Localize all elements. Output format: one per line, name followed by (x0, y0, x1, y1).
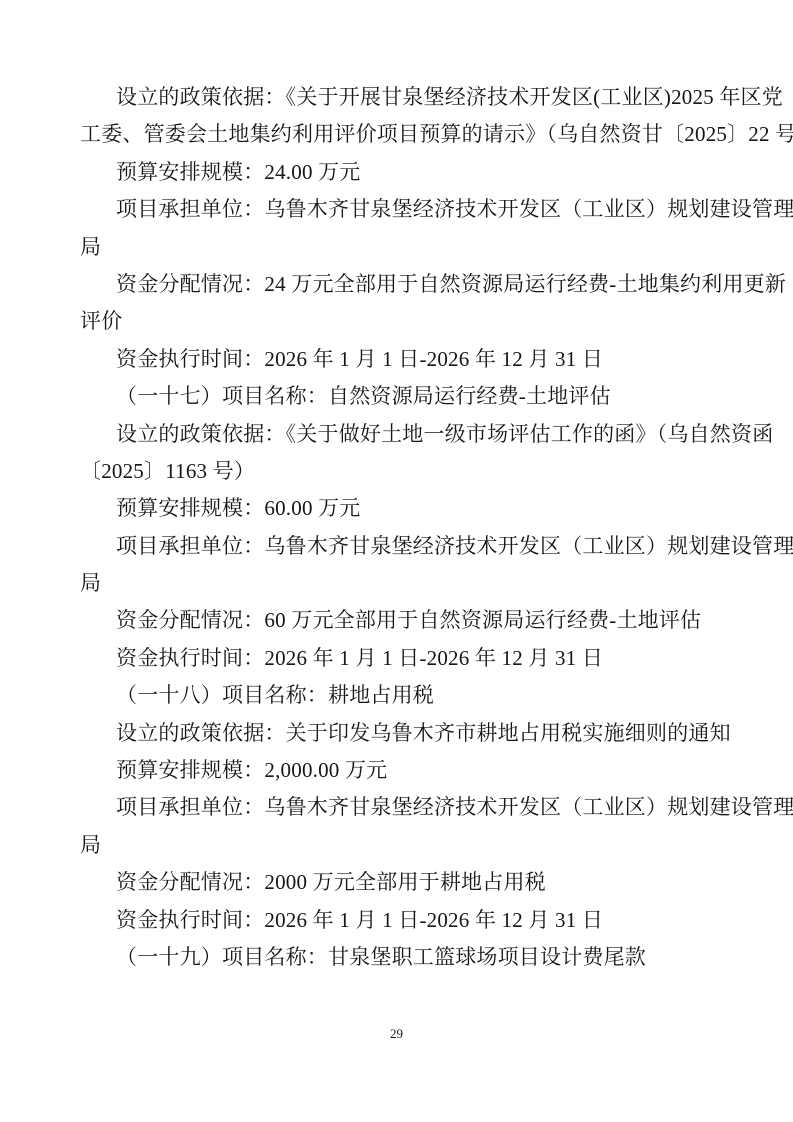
text-line: 项目承担单位：乌鲁木齐甘泉堡经济技术开发区（工业区）规划建设管理 (80, 191, 716, 228)
text-line: 资金分配情况：60 万元全部用于自然资源局运行经费-土地评估 (80, 602, 716, 639)
page-footer: 29 (0, 1026, 793, 1042)
document-body: 设立的政策依据：《关于开展甘泉堡经济技术开发区(工业区)2025 年区党工委、管… (80, 79, 716, 976)
text-line: 评价 (80, 303, 716, 340)
text-line: 资金执行时间：2026 年 1 月 1 日-2026 年 12 月 31 日 (80, 902, 716, 939)
text-line: （一十八）项目名称：耕地占用税 (80, 677, 716, 714)
page-number: 29 (390, 1026, 403, 1041)
text-line: 设立的政策依据：《关于做好土地一级市场评估工作的函》（乌自然资函 (80, 416, 716, 453)
text-line: 设立的政策依据：关于印发乌鲁木齐市耕地占用税实施细则的通知 (80, 715, 716, 752)
document-page: 设立的政策依据：《关于开展甘泉堡经济技术开发区(工业区)2025 年区党工委、管… (0, 0, 793, 1122)
text-line: 资金执行时间：2026 年 1 月 1 日-2026 年 12 月 31 日 (80, 640, 716, 677)
text-line: 项目承担单位：乌鲁木齐甘泉堡经济技术开发区（工业区）规划建设管理 (80, 789, 716, 826)
text-line: 工委、管委会土地集约利用评价项目预算的请示》（乌自然资甘〔2025〕22 号） (80, 116, 716, 153)
text-line: 项目承担单位：乌鲁木齐甘泉堡经济技术开发区（工业区）规划建设管理 (80, 528, 716, 565)
text-line: 〔2025〕1163 号） (80, 453, 716, 490)
text-line: 局 (80, 565, 716, 602)
text-line: （一十七）项目名称：自然资源局运行经费-土地评估 (80, 378, 716, 415)
text-line: （一十九）项目名称：甘泉堡职工篮球场项目设计费尾款 (80, 939, 716, 976)
text-line: 资金执行时间：2026 年 1 月 1 日-2026 年 12 月 31 日 (80, 341, 716, 378)
text-line: 资金分配情况：2000 万元全部用于耕地占用税 (80, 864, 716, 901)
text-line: 设立的政策依据：《关于开展甘泉堡经济技术开发区(工业区)2025 年区党 (80, 79, 716, 116)
text-line: 局 (80, 229, 716, 266)
text-line: 资金分配情况：24 万元全部用于自然资源局运行经费-土地集约利用更新 (80, 266, 716, 303)
text-line: 预算安排规模：60.00 万元 (80, 490, 716, 527)
text-line: 预算安排规模：24.00 万元 (80, 154, 716, 191)
text-line: 局 (80, 827, 716, 864)
text-line: 预算安排规模：2,000.00 万元 (80, 752, 716, 789)
